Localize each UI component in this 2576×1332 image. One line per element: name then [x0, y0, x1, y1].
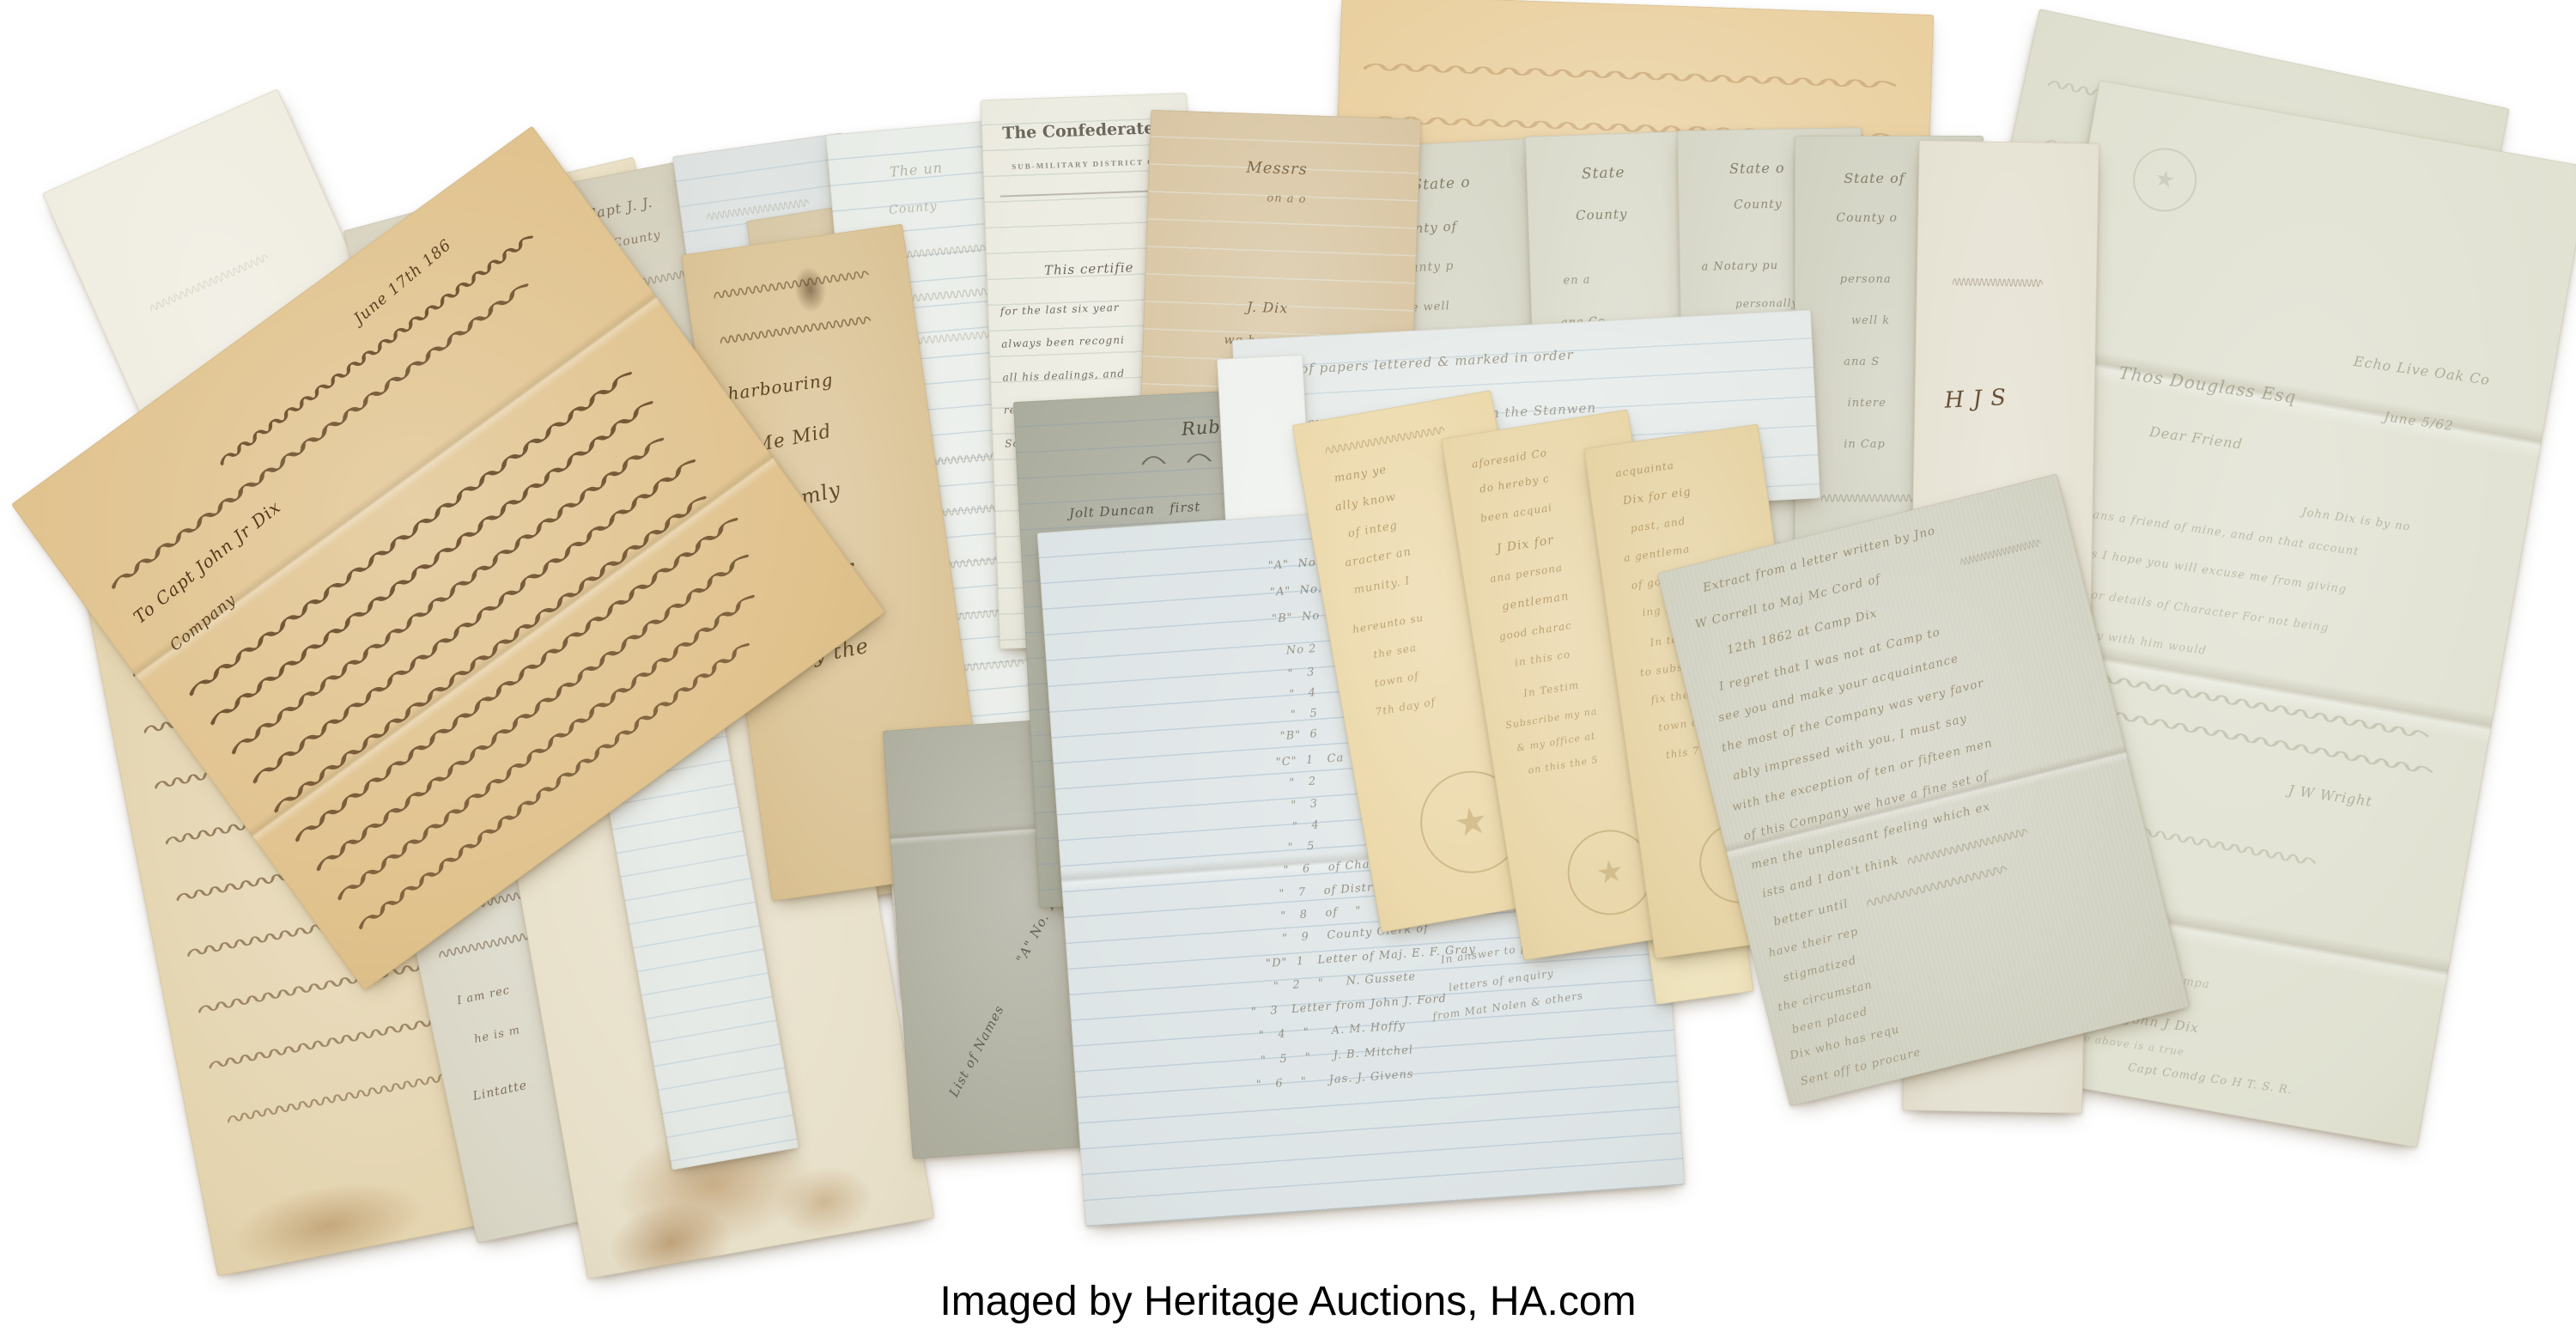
handwriting-text: " 5: [1287, 840, 1315, 855]
printed-text: SUB-MILITARY DISTRICT OF: [1012, 157, 1162, 171]
handwriting-text: intere: [1848, 397, 1886, 410]
handwriting-text: No 2: [1285, 642, 1317, 657]
handwriting-text: & my office at: [1516, 730, 1596, 753]
handwriting-text: " 3: [1287, 666, 1315, 680]
handwriting-text: a gentlema: [1623, 543, 1691, 564]
handwriting-text: " 3 Letter from John J. Ford: [1251, 992, 1448, 1019]
handwriting-text: ana S: [1844, 356, 1880, 368]
handwriting-text: been acquai: [1479, 502, 1553, 525]
handwriting-text: The un: [889, 160, 944, 180]
handwriting-text: 7th day of: [1375, 696, 1437, 718]
handwriting-text: have their rep: [1767, 926, 1860, 961]
embossed-seal: ★: [2128, 143, 2202, 216]
handwriting-text: Dix for eig: [1622, 485, 1692, 508]
handwriting-text: J Dix for: [1496, 533, 1555, 556]
handwriting-text: Jolt Duncan first: [1068, 499, 1200, 521]
handwriting-text: " 3: [1291, 798, 1319, 812]
handwriting-text: A list of papers lettered & marked in or…: [1256, 347, 1574, 379]
handwriting-text: the sea: [1372, 642, 1418, 661]
handwriting-text: always been recogni: [1001, 334, 1125, 350]
handwriting-text: aforesaid Co: [1471, 447, 1548, 471]
handwriting-text: letters of enquiry: [1448, 967, 1554, 994]
scribble-line: [1906, 827, 2029, 867]
handwriting-text: past, and: [1630, 515, 1686, 535]
handwriting-text: good charac: [1498, 619, 1573, 642]
handwriting-text: " 2 " N. Gussete: [1273, 970, 1417, 994]
scribble-line: [148, 252, 270, 314]
handwriting-text: do hereby c: [1479, 472, 1551, 496]
handwriting-text: Capt Comdg Co H T. S. R.: [2127, 1061, 2293, 1098]
handwriting-text: I am rec: [456, 984, 511, 1008]
watermark: Imaged by Heritage Auctions, HA.com: [0, 1278, 2576, 1325]
scribble-line: [1959, 538, 2041, 569]
handwriting-text: " 2: [1289, 775, 1317, 789]
handwriting-text: "A" No. 1: [1013, 898, 1059, 966]
handwriting-text: J. Dix: [1247, 299, 1289, 317]
handwriting-text: for the last six year: [1000, 301, 1120, 318]
handwriting-text: State o: [1729, 160, 1785, 177]
handwriting-text: on a o: [1267, 192, 1307, 206]
scribble-line: [1953, 277, 2043, 289]
handwriting-text: This certifie: [1044, 259, 1134, 278]
handwriting-text: State of: [1844, 170, 1905, 186]
handwriting-text: acquainta: [1614, 459, 1674, 479]
handwriting-text: of integ: [1347, 519, 1399, 540]
handwriting-text: County: [1734, 198, 1783, 212]
handwriting-text: others I hope you will excuse me from gi…: [2057, 544, 2348, 597]
handwriting-text: Lintatte: [471, 1079, 528, 1104]
handwriting-text: "C" 1 Ca: [1275, 752, 1344, 770]
handwriting-text: County: [1576, 206, 1628, 223]
handwriting-text: In Testim: [1522, 679, 1580, 700]
auction-photo: ganization in thBut Ilooked upon asagain…: [0, 0, 2576, 1332]
handwriting-text: munity. I: [1353, 575, 1412, 597]
handwriting-text: he is m: [473, 1024, 521, 1046]
handwriting-text: a Notary pu: [1701, 259, 1778, 274]
handwriting-text: persona: [1840, 273, 1892, 286]
handwriting-text: better until: [1772, 897, 1850, 928]
handwriting-text: June 5/62: [2384, 409, 2455, 434]
handwriting-text: John Dix is by no: [2301, 506, 2412, 534]
handwriting-text: town of: [1373, 670, 1419, 690]
handwriting-text: June 17th 186: [350, 235, 455, 327]
handwriting-text: hereunto su: [1352, 611, 1425, 636]
handwriting-text: H J S: [1943, 385, 2007, 414]
handwriting-text: en a: [1563, 273, 1590, 287]
handwriting-text: from Mat Nolen & others: [1432, 989, 1584, 1023]
handwriting-text: " 6 " Jas. J. Givens: [1256, 1067, 1414, 1092]
scribble-line: [1324, 424, 1445, 456]
handwriting-text: icate or details of Character For not be…: [2055, 583, 2330, 635]
scribble-line: [207, 397, 656, 727]
scribble-line: [1363, 61, 1896, 91]
handwriting-text: County o: [1836, 211, 1898, 225]
handwriting-text: in this co: [1514, 648, 1571, 669]
handwriting-text: " 5: [1291, 707, 1319, 721]
handwriting-text: in Cap: [1844, 438, 1886, 451]
handwriting-text: stigmatized: [1782, 954, 1858, 985]
handwriting-text: " 5 " J. B. Mitchel: [1261, 1043, 1414, 1067]
scribble-line: [249, 455, 698, 786]
handwriting-text: " 4: [1292, 818, 1321, 833]
handwriting-text: Dear Friend: [2148, 423, 2244, 453]
scribble-line: [227, 1070, 461, 1126]
scribble-line: [270, 492, 709, 815]
handwriting-text: Echo Live Oak Co: [2353, 353, 2491, 388]
handwriting-text: on this the 5: [1527, 754, 1599, 776]
handwriting-text: J W Wright: [2287, 782, 2373, 810]
handwriting-text: List of Names: [946, 1002, 1008, 1099]
handwriting-text: harbouring: [726, 369, 835, 404]
handwriting-text: well k: [1851, 314, 1890, 327]
handwriting-text: County: [888, 199, 938, 217]
scribble-line: [714, 268, 870, 301]
handwriting-text: personally: [1735, 297, 1798, 310]
handwriting-text: ally know: [1334, 490, 1397, 514]
handwriting-text: Thos Douglass Esq: [2117, 362, 2298, 408]
handwriting-text: Subscribe my na: [1504, 706, 1598, 732]
handwriting-text: all his dealings, and: [1002, 368, 1125, 384]
handwriting-text: " 4: [1289, 686, 1317, 701]
handwriting-text: Messrs: [1246, 158, 1308, 178]
handwriting-text: gentleman: [1501, 590, 1570, 613]
handwriting-text: many ye: [1334, 464, 1388, 486]
handwriting-text: "B" 6: [1279, 728, 1318, 744]
handwriting-text: " 4 " A. M. Hoffy: [1259, 1019, 1406, 1043]
handwriting-text: ana persona: [1489, 562, 1564, 585]
handwriting-text: aracter an: [1344, 545, 1413, 569]
scribble-line: [720, 314, 872, 346]
handwriting-text: Company: [166, 591, 239, 655]
printed-text: The Confederate: [1002, 119, 1155, 143]
handwriting-text: State: [1582, 164, 1625, 183]
